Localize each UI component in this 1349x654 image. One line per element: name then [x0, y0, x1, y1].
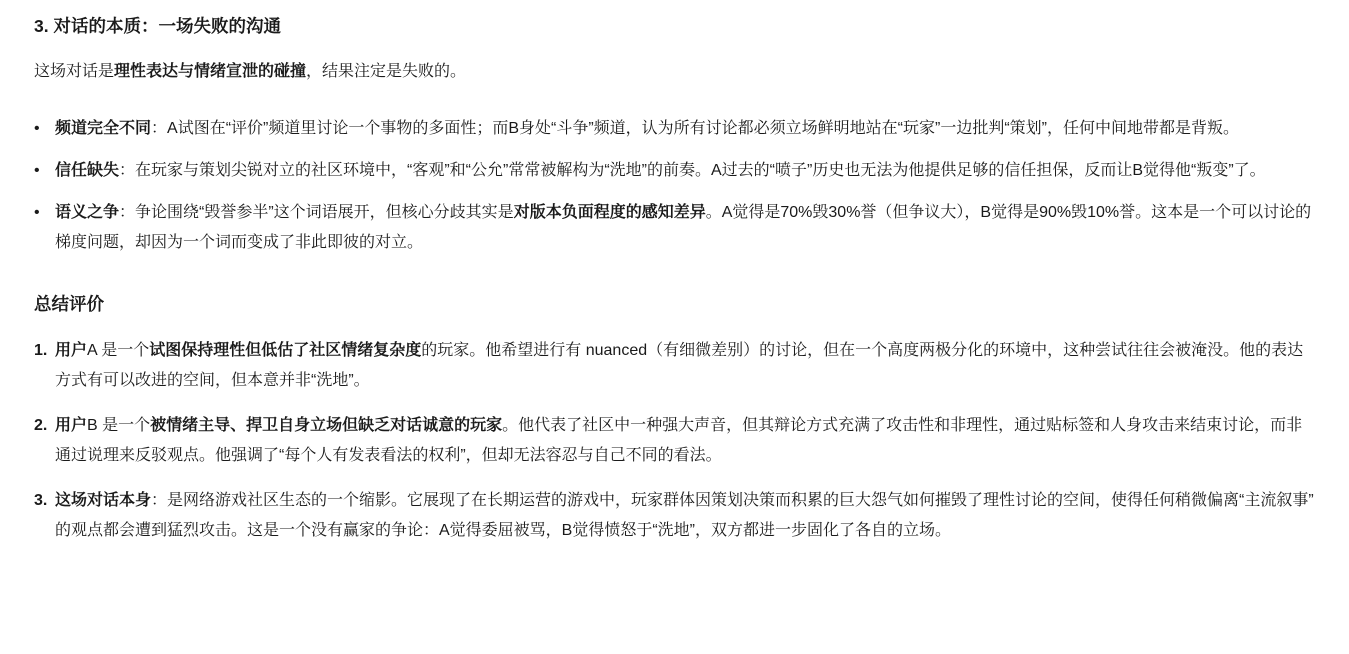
numbered-item-user-a: 1. 用户A 是一个试图保持理性但低估了社区情绪复杂度的玩家。他希望进行有 nu… [34, 336, 1315, 396]
bullet-item-text: 频道完全不同：A试图在“评价”频道里讨论一个事物的多面性；而B身处“斗争”频道，… [55, 114, 1315, 144]
numbered-item-dialogue: 3. 这场对话本身：是网络游戏社区生态的一个缩影。它展现了在长期运营的游戏中，玩… [34, 486, 1315, 546]
section-heading-summary: 总结评价 [34, 292, 1315, 316]
numbered-item-user-b: 2. 用户B 是一个被情绪主导、捍卫自身立场但缺乏对话诚意的玩家。他代表了社区中… [34, 411, 1315, 471]
number-marker: 2. [34, 411, 55, 441]
analysis-bullet-list: • 频道完全不同：A试图在“评价”频道里讨论一个事物的多面性；而B身处“斗争”频… [34, 114, 1315, 258]
bullet-marker: • [34, 114, 55, 144]
bullet-marker: • [34, 156, 55, 186]
bullet-item-channel: • 频道完全不同：A试图在“评价”频道里讨论一个事物的多面性；而B身处“斗争”频… [34, 114, 1315, 144]
summary-numbered-list: 1. 用户A 是一个试图保持理性但低估了社区情绪复杂度的玩家。他希望进行有 nu… [34, 336, 1315, 546]
numbered-item-text: 用户B 是一个被情绪主导、捍卫自身立场但缺乏对话诚意的玩家。他代表了社区中一种强… [55, 411, 1315, 471]
bullet-item-text: 信任缺失：在玩家与策划尖锐对立的社区环境中，“客观”和“公允”常常被解构为“洗地… [55, 156, 1315, 186]
number-marker: 1. [34, 336, 55, 366]
numbered-item-text: 用户A 是一个试图保持理性但低估了社区情绪复杂度的玩家。他希望进行有 nuanc… [55, 336, 1315, 396]
section-heading-dialogue-nature: 3. 对话的本质：一场失败的沟通 [34, 14, 1315, 38]
document-body: 3. 对话的本质：一场失败的沟通 这场对话是理性表达与情绪宣泄的碰撞，结果注定是… [0, 0, 1349, 546]
bullet-item-semantics: • 语义之争：争论围绕“毁誉参半”这个词语展开，但核心分歧其实是对版本负面程度的… [34, 198, 1315, 258]
bullet-item-trust: • 信任缺失：在玩家与策划尖锐对立的社区环境中，“客观”和“公允”常常被解构为“… [34, 156, 1315, 186]
number-marker: 3. [34, 486, 55, 516]
bullet-item-text: 语义之争：争论围绕“毁誉参半”这个词语展开，但核心分歧其实是对版本负面程度的感知… [55, 198, 1315, 258]
intro-paragraph: 这场对话是理性表达与情绪宣泄的碰撞，结果注定是失败的。 [34, 58, 1315, 86]
bullet-marker: • [34, 198, 55, 228]
numbered-item-text: 这场对话本身：是网络游戏社区生态的一个缩影。它展现了在长期运营的游戏中，玩家群体… [55, 486, 1315, 546]
